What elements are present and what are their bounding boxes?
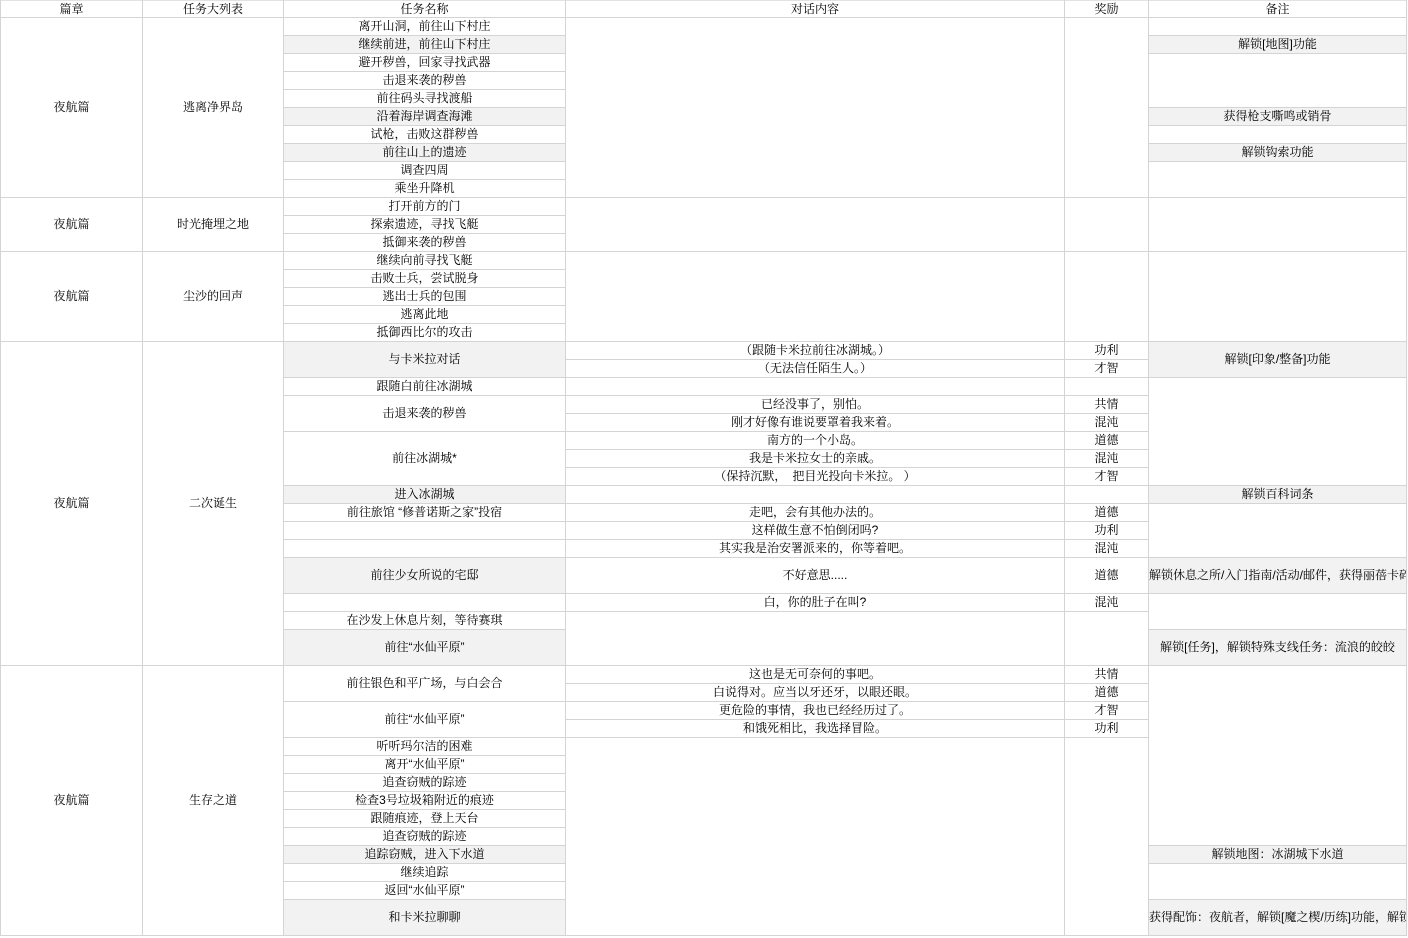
- task-cell: 和卡米拉聊聊: [284, 900, 566, 936]
- dialogue-cell: 这也是无可奈何的事吧。: [566, 666, 1065, 684]
- note-cell: [1149, 378, 1407, 486]
- dialogue-cell: （跟随卡米拉前往冰湖城。）: [566, 342, 1065, 360]
- task-cell: 避开秽兽，回家寻找武器: [284, 54, 566, 72]
- dialogue-cell: 和饿死相比，我选择冒险。: [566, 720, 1065, 738]
- chapter-cell: 夜航篇: [1, 252, 143, 342]
- dialogue-cell: [566, 612, 1065, 666]
- task-cell: 击退来袭的秽兽: [284, 72, 566, 90]
- task-cell: 追踪窃贼，进入下水道: [284, 846, 566, 864]
- note-cell: 解锁[地图]功能: [1149, 36, 1407, 54]
- note-cell: 解锁钩索功能: [1149, 144, 1407, 162]
- reward-cell: 混沌: [1065, 540, 1149, 558]
- dialogue-cell: [566, 486, 1065, 504]
- reward-cell: [1065, 738, 1149, 936]
- note-cell: 解锁地图：冰湖城下水道: [1149, 846, 1407, 864]
- reward-cell: [1065, 486, 1149, 504]
- group-cell: 逃离净界岛: [143, 18, 284, 198]
- reward-cell: [1065, 378, 1149, 396]
- task-cell: 前往码头寻找渡船: [284, 90, 566, 108]
- reward-cell: 功利: [1065, 522, 1149, 540]
- group-cell: 时光掩埋之地: [143, 198, 284, 252]
- reward-cell: [1065, 198, 1149, 252]
- task-cell: 抵御西比尔的攻击: [284, 324, 566, 342]
- task-cell: 击退来袭的秽兽: [284, 396, 566, 432]
- note-cell: [1149, 666, 1407, 846]
- reward-cell: 道德: [1065, 432, 1149, 450]
- task-cell: [284, 594, 566, 612]
- dialogue-cell: 这样做生意不怕倒闭吗?: [566, 522, 1065, 540]
- reward-cell: 才智: [1065, 702, 1149, 720]
- note-cell: [1149, 504, 1407, 558]
- task-cell: 探索遗迹，寻找飞艇: [284, 216, 566, 234]
- task-cell: 击败士兵，尝试脱身: [284, 270, 566, 288]
- reward-cell: [1065, 18, 1149, 198]
- dialogue-cell: 刚才好像有谁说要罩着我来着。: [566, 414, 1065, 432]
- reward-cell: [1065, 252, 1149, 342]
- dialogue-cell: 走吧，会有其他办法的。: [566, 504, 1065, 522]
- dialogue-cell: 南方的一个小岛。: [566, 432, 1065, 450]
- task-cell: 试枪，击败这群秽兽: [284, 126, 566, 144]
- task-cell: 检查3号垃圾箱附近的痕迹: [284, 792, 566, 810]
- task-cell: 前往“水仙平原”: [284, 630, 566, 666]
- reward-cell: 共情: [1065, 396, 1149, 414]
- task-cell: 调查四周: [284, 162, 566, 180]
- note-cell: 解锁[印象/整备]功能: [1149, 342, 1407, 378]
- dialogue-cell: 已经没事了，别怕。: [566, 396, 1065, 414]
- header-task: 任务名称: [284, 1, 566, 18]
- task-cell: 跟随白前往冰湖城: [284, 378, 566, 396]
- task-cell: 逃出士兵的包围: [284, 288, 566, 306]
- spreadsheet-viewport: 篇章 任务大列表 任务名称 对话内容 奖励 备注 夜航篇逃离净界岛离开山洞，前往…: [0, 0, 1408, 938]
- task-cell: 抵御来袭的秽兽: [284, 234, 566, 252]
- task-cell: 继续前进，前往山下村庄: [284, 36, 566, 54]
- header-note: 备注: [1149, 1, 1407, 18]
- note-cell: [1149, 162, 1407, 198]
- chapter-cell: 夜航篇: [1, 666, 143, 936]
- note-cell: 解锁百科词条: [1149, 486, 1407, 504]
- task-cell: 追查窃贼的踪迹: [284, 774, 566, 792]
- note-cell: [1149, 864, 1407, 900]
- reward-cell: 混沌: [1065, 414, 1149, 432]
- chapter-cell: 夜航篇: [1, 342, 143, 666]
- task-cell: 继续追踪: [284, 864, 566, 882]
- note-cell: 获得枪支嘶鸣或销骨: [1149, 108, 1407, 126]
- reward-cell: 混沌: [1065, 594, 1149, 612]
- task-cell: 进入冰湖城: [284, 486, 566, 504]
- task-cell: 沿着海岸调查海滩: [284, 108, 566, 126]
- note-cell: 获得配饰：夜航者，解锁[魔之楔/历练]功能，解锁特殊支线：魔灵啊魔灵: [1149, 900, 1407, 936]
- group-cell: 生存之道: [143, 666, 284, 936]
- task-cell: 前往少女所说的宅邸: [284, 558, 566, 594]
- note-cell: 解锁休息之所/入门指南/活动/邮件，获得丽蓓卡碎片x30: [1149, 558, 1407, 594]
- dialogue-cell: 我是卡米拉女士的亲戚。: [566, 450, 1065, 468]
- task-cell: [284, 522, 566, 540]
- note-cell: 解锁[任务]，解锁特殊支线任务：流浪的皎皎: [1149, 630, 1407, 666]
- note-cell: [1149, 54, 1407, 108]
- reward-cell: 才智: [1065, 360, 1149, 378]
- note-cell: [1149, 594, 1407, 630]
- reward-cell: 道德: [1065, 684, 1149, 702]
- task-cell: 前往山上的遗迹: [284, 144, 566, 162]
- task-cell: 返回“水仙平原”: [284, 882, 566, 900]
- reward-cell: 道德: [1065, 504, 1149, 522]
- dialogue-cell: [566, 378, 1065, 396]
- task-cell: 打开前方的门: [284, 198, 566, 216]
- quest-table-body: 夜航篇逃离净界岛离开山洞，前往山下村庄继续前进，前往山下村庄解锁[地图]功能避开…: [1, 18, 1407, 936]
- reward-cell: [1065, 612, 1149, 666]
- dialogue-cell: [566, 252, 1065, 342]
- reward-cell: 混沌: [1065, 450, 1149, 468]
- task-cell: 追查窃贼的踪迹: [284, 828, 566, 846]
- task-cell: 与卡米拉对话: [284, 342, 566, 378]
- task-cell: 听听玛尔洁的困难: [284, 738, 566, 756]
- dialogue-cell: [566, 18, 1065, 198]
- reward-cell: 共情: [1065, 666, 1149, 684]
- task-cell: 离开山洞，前往山下村庄: [284, 18, 566, 36]
- quest-table: 篇章 任务大列表 任务名称 对话内容 奖励 备注 夜航篇逃离净界岛离开山洞，前往…: [0, 0, 1407, 936]
- dialogue-cell: （无法信任陌生人。）: [566, 360, 1065, 378]
- dialogue-cell: 其实我是治安署派来的，你等着吧。: [566, 540, 1065, 558]
- task-cell: 前往“水仙平原”: [284, 702, 566, 738]
- task-cell: 前往旅馆 “修普诺斯之家”投宿: [284, 504, 566, 522]
- note-cell: [1149, 18, 1407, 36]
- dialogue-cell: 白说得对。应当以牙还牙，以眼还眼。: [566, 684, 1065, 702]
- note-cell: [1149, 198, 1407, 252]
- task-cell: 前往银色和平广场，与白会合: [284, 666, 566, 702]
- task-cell: 前往冰湖城*: [284, 432, 566, 486]
- group-cell: 二次诞生: [143, 342, 284, 666]
- group-cell: 尘沙的回声: [143, 252, 284, 342]
- task-cell: 跟随痕迹，登上天台: [284, 810, 566, 828]
- dialogue-cell: 白，你的肚子在叫?: [566, 594, 1065, 612]
- header-dialogue: 对话内容: [566, 1, 1065, 18]
- chapter-cell: 夜航篇: [1, 198, 143, 252]
- note-cell: [1149, 252, 1407, 342]
- header-group: 任务大列表: [143, 1, 284, 18]
- dialogue-cell: [566, 738, 1065, 936]
- dialogue-cell: （保持沉默， 把目光投向卡米拉。 ）: [566, 468, 1065, 486]
- reward-cell: 道德: [1065, 558, 1149, 594]
- task-cell: 继续向前寻找飞艇: [284, 252, 566, 270]
- reward-cell: 功利: [1065, 342, 1149, 360]
- task-cell: 乘坐升降机: [284, 180, 566, 198]
- header-reward: 奖励: [1065, 1, 1149, 18]
- task-cell: 逃离此地: [284, 306, 566, 324]
- chapter-cell: 夜航篇: [1, 18, 143, 198]
- header-chapter: 篇章: [1, 1, 143, 18]
- reward-cell: 功利: [1065, 720, 1149, 738]
- dialogue-cell: [566, 198, 1065, 252]
- dialogue-cell: 不好意思.....: [566, 558, 1065, 594]
- task-cell: 在沙发上休息片刻，等待赛琪: [284, 612, 566, 630]
- note-cell: [1149, 126, 1407, 144]
- task-cell: [284, 540, 566, 558]
- quest-table-header: 篇章 任务大列表 任务名称 对话内容 奖励 备注: [1, 1, 1407, 18]
- task-cell: 离开“水仙平原”: [284, 756, 566, 774]
- dialogue-cell: 更危险的事情，我也已经经历过了。: [566, 702, 1065, 720]
- reward-cell: 才智: [1065, 468, 1149, 486]
